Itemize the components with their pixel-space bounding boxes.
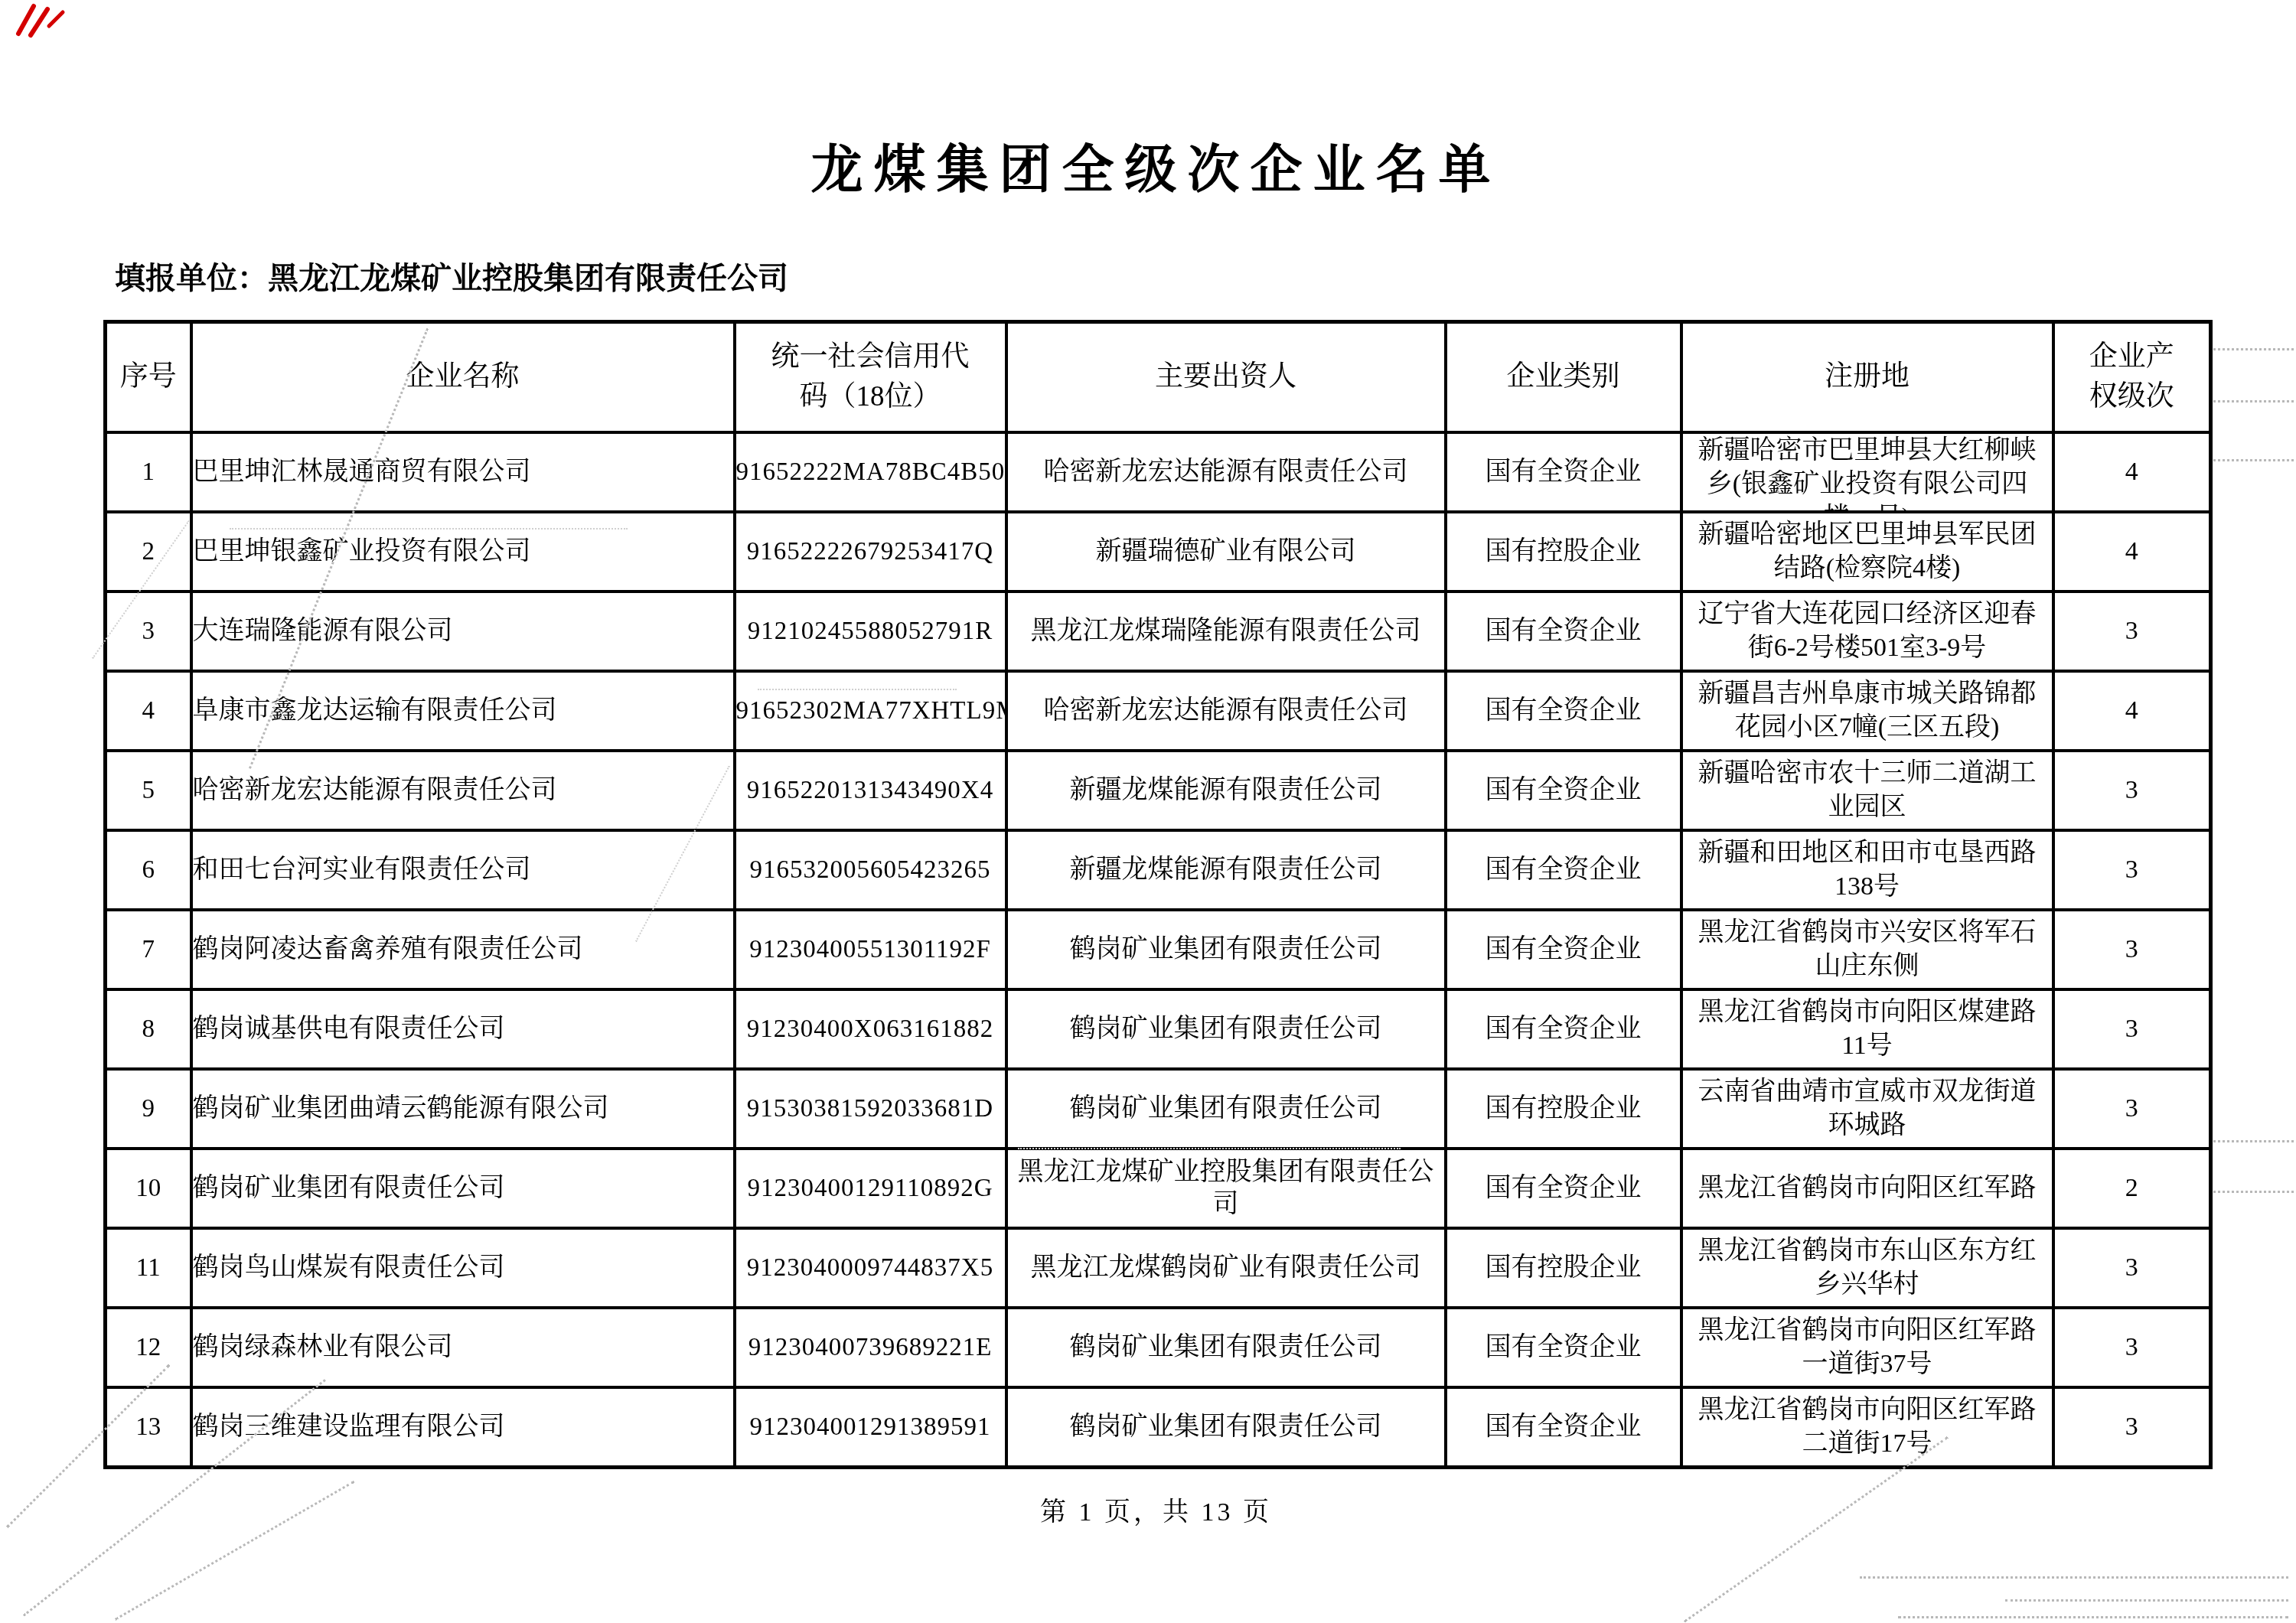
cell-location: 新疆和田地区和田市屯垦西路138号 xyxy=(1681,830,2053,910)
table-row: 13鹤岗三维建设监理有限公司912304001291389591鹤岗矿业集团有限… xyxy=(106,1387,2211,1468)
cell-seq: 10 xyxy=(106,1149,191,1228)
cell-investor: 黑龙江龙煤矿业控股集团有限责任公司 xyxy=(1006,1149,1446,1228)
location-lines: 黑龙江省鹤岗市向阳区煤建路11号 xyxy=(1683,991,2052,1067)
column-header: 统一社会信用代 码（18位） xyxy=(735,322,1006,432)
cell-category: 国有控股企业 xyxy=(1446,512,1681,592)
cell-name: 鹤岗矿业集团曲靖云鹤能源有限公司 xyxy=(191,1069,735,1149)
cell-code: 91652302MA77XHTL9M xyxy=(735,671,1006,751)
column-header: 企业产 权级次 xyxy=(2053,322,2211,432)
cell-investor: 哈密新龙宏达能源有限责任公司 xyxy=(1006,671,1446,751)
cell-seq: 3 xyxy=(106,592,191,671)
scan-artifact-line xyxy=(2213,1191,2294,1193)
table-row: 10鹤岗矿业集团有限责任公司91230400129110892G黑龙江龙煤矿业控… xyxy=(106,1149,2211,1228)
location-lines: 黑龙江省鹤岗市东山区东方红乡兴华村 xyxy=(1683,1230,2052,1306)
cell-category: 国有全资企业 xyxy=(1446,830,1681,910)
table-row: 1巴里坤汇林晟通商贸有限公司91652222MA78BC4B50哈密新龙宏达能源… xyxy=(106,432,2211,512)
location-lines: 黑龙江省鹤岗市向阳区红军路二道街17号 xyxy=(1683,1389,2052,1465)
cell-category: 国有全资企业 xyxy=(1446,989,1681,1069)
table-row: 2巴里坤银鑫矿业投资有限公司91652222679253417Q新疆瑞德矿业有限… xyxy=(106,512,2211,592)
cell-name: 和田七台河实业有限责任公司 xyxy=(191,830,735,910)
location-lines: 新疆哈密市巴里坤县大红柳峡乡(银鑫矿业投资有限公司四楼…号) xyxy=(1683,434,2052,510)
cell-seq: 4 xyxy=(106,671,191,751)
location-lines: 黑龙江省鹤岗市向阳区红军路 xyxy=(1683,1150,2052,1227)
cell-level: 3 xyxy=(2053,1387,2211,1468)
scan-artifact-line xyxy=(2213,459,2294,461)
cell-level: 3 xyxy=(2053,989,2211,1069)
cell-name: 鹤岗鸟山煤炭有限责任公司 xyxy=(191,1228,735,1308)
cell-location: 新疆哈密地区巴里坤县军民团结路(检察院4楼) xyxy=(1681,512,2053,592)
cell-level: 3 xyxy=(2053,1308,2211,1387)
page-title: 龙煤集团全级次企业名单 xyxy=(103,129,2209,203)
cell-level: 4 xyxy=(2053,671,2211,751)
header-row: 序号企业名称统一社会信用代 码（18位）主要出资人企业类别注册地企业产 权级次 xyxy=(106,322,2211,432)
cell-level: 3 xyxy=(2053,910,2211,989)
cell-investor: 新疆瑞德矿业有限公司 xyxy=(1006,512,1446,592)
cell-level: 3 xyxy=(2053,830,2211,910)
cell-code: 91230400129110892G xyxy=(735,1149,1006,1228)
cell-seq: 11 xyxy=(106,1228,191,1308)
cell-category: 国有全资企业 xyxy=(1446,1387,1681,1468)
cell-location: 新疆哈密市巴里坤县大红柳峡乡(银鑫矿业投资有限公司四楼…号) xyxy=(1681,432,2053,512)
cell-investor: 新疆龙煤能源有限责任公司 xyxy=(1006,751,1446,830)
table-row: 4阜康市鑫龙达运输有限责任公司91652302MA77XHTL9M哈密新龙宏达能… xyxy=(106,671,2211,751)
cell-name: 大连瑞隆能源有限公司 xyxy=(191,592,735,671)
cell-location: 云南省曲靖市宣威市双龙街道环城路 xyxy=(1681,1069,2053,1149)
cell-code: 91652222MA78BC4B50 xyxy=(735,432,1006,512)
location-lines: 云南省曲靖市宣威市双龙街道环城路 xyxy=(1683,1071,2052,1147)
cell-investor: 哈密新龙宏达能源有限责任公司 xyxy=(1006,432,1446,512)
cell-level: 3 xyxy=(2053,592,2211,671)
scan-artifact-line xyxy=(2005,1599,2288,1602)
cell-category: 国有全资企业 xyxy=(1446,1308,1681,1387)
cell-code: 91230400551301192F xyxy=(735,910,1006,989)
cell-name: 巴里坤银鑫矿业投资有限公司 xyxy=(191,512,735,592)
column-header: 主要出资人 xyxy=(1006,322,1446,432)
cell-code: 91530381592033681D xyxy=(735,1069,1006,1149)
cell-level: 3 xyxy=(2053,751,2211,830)
table-row: 12鹤岗绿森林业有限公司91230400739689221E鹤岗矿业集团有限责任… xyxy=(106,1308,2211,1387)
scan-artifact-line xyxy=(2213,348,2294,350)
cell-name: 鹤岗矿业集团有限责任公司 xyxy=(191,1149,735,1228)
scan-artifact-line xyxy=(230,528,628,530)
location-lines: 新疆哈密地区巴里坤县军民团结路(检察院4楼) xyxy=(1683,513,2052,590)
cell-seq: 12 xyxy=(106,1308,191,1387)
cell-name: 鹤岗绿森林业有限公司 xyxy=(191,1308,735,1387)
scan-artifact-line xyxy=(1018,1148,1401,1149)
column-header: 注册地 xyxy=(1681,322,2053,432)
scan-artifact-line xyxy=(1898,1616,2288,1618)
company-table: 序号企业名称统一社会信用代 码（18位）主要出资人企业类别注册地企业产 权级次 … xyxy=(103,320,2213,1469)
cell-level: 3 xyxy=(2053,1228,2211,1308)
table-row: 6和田七台河实业有限责任公司916532005605423265新疆龙煤能源有限… xyxy=(106,830,2211,910)
red-pen-mark xyxy=(12,2,67,46)
cell-investor: 黑龙江龙煤瑞隆能源有限责任公司 xyxy=(1006,592,1446,671)
location-lines: 新疆昌吉州阜康市城关路锦都花园小区7幢(三区五段) xyxy=(1683,673,2052,749)
cell-category: 国有全资企业 xyxy=(1446,432,1681,512)
table-row: 9鹤岗矿业集团曲靖云鹤能源有限公司91530381592033681D鹤岗矿业集… xyxy=(106,1069,2211,1149)
cell-investor: 黑龙江龙煤鹤岗矿业有限责任公司 xyxy=(1006,1228,1446,1308)
cell-investor: 新疆龙煤能源有限责任公司 xyxy=(1006,830,1446,910)
cell-seq: 8 xyxy=(106,989,191,1069)
cell-investor: 鹤岗矿业集团有限责任公司 xyxy=(1006,1069,1446,1149)
column-header: 企业名称 xyxy=(191,322,735,432)
column-header: 企业类别 xyxy=(1446,322,1681,432)
cell-level: 2 xyxy=(2053,1149,2211,1228)
cell-investor: 鹤岗矿业集团有限责任公司 xyxy=(1006,1387,1446,1468)
cell-investor: 鹤岗矿业集团有限责任公司 xyxy=(1006,1308,1446,1387)
cell-name: 鹤岗阿凌达畜禽养殖有限责任公司 xyxy=(191,910,735,989)
company-table-container: 序号企业名称统一社会信用代 码（18位）主要出资人企业类别注册地企业产 权级次 … xyxy=(103,320,2213,1469)
document-page: 龙煤集团全级次企业名单 填报单位：黑龙江龙煤矿业控股集团有限责任公司 序号企业名… xyxy=(0,0,2296,1623)
table-row: 8鹤岗诚基供电有限责任公司91230400X063161882鹤岗矿业集团有限责… xyxy=(106,989,2211,1069)
cell-code: 912304001291389591 xyxy=(735,1387,1006,1468)
table-row: 3大连瑞隆能源有限公司91210245588052791R黑龙江龙煤瑞隆能源有限… xyxy=(106,592,2211,671)
cell-code: 91210245588052791R xyxy=(735,592,1006,671)
cell-category: 国有全资企业 xyxy=(1446,910,1681,989)
cell-level: 4 xyxy=(2053,432,2211,512)
cell-investor: 鹤岗矿业集团有限责任公司 xyxy=(1006,989,1446,1069)
cell-name: 哈密新龙宏达能源有限责任公司 xyxy=(191,751,735,830)
location-lines: 新疆哈密市农十三师二道湖工业园区 xyxy=(1683,752,2052,829)
table-row: 7鹤岗阿凌达畜禽养殖有限责任公司91230400551301192F鹤岗矿业集团… xyxy=(106,910,2211,989)
cell-name: 鹤岗诚基供电有限责任公司 xyxy=(191,989,735,1069)
cell-code: 916532005605423265 xyxy=(735,830,1006,910)
cell-name: 鹤岗三维建设监理有限公司 xyxy=(191,1387,735,1468)
cell-level: 3 xyxy=(2053,1069,2211,1149)
cell-seq: 9 xyxy=(106,1069,191,1149)
column-header: 序号 xyxy=(106,322,191,432)
cell-code: 91230400X063161882 xyxy=(735,989,1006,1069)
cell-code: 91230400739689221E xyxy=(735,1308,1006,1387)
cell-code: 9123040009744837X5 xyxy=(735,1228,1006,1308)
cell-seq: 5 xyxy=(106,751,191,830)
scan-artifact-line xyxy=(2213,1140,2294,1142)
table-row: 5哈密新龙宏达能源有限责任公司9165220131343490X4新疆龙煤能源有… xyxy=(106,751,2211,830)
reporting-unit-line: 填报单位：黑龙江龙煤矿业控股集团有限责任公司 xyxy=(115,254,788,298)
cell-location: 新疆昌吉州阜康市城关路锦都花园小区7幢(三区五段) xyxy=(1681,671,2053,751)
scan-artifact-line xyxy=(2213,400,2294,402)
cell-location: 新疆哈密市农十三师二道湖工业园区 xyxy=(1681,751,2053,830)
location-lines: 黑龙江省鹤岗市向阳区红军路一道街37号 xyxy=(1683,1309,2052,1386)
cell-category: 国有控股企业 xyxy=(1446,1069,1681,1149)
table-body: 1巴里坤汇林晟通商贸有限公司91652222MA78BC4B50哈密新龙宏达能源… xyxy=(106,432,2211,1468)
scan-artifact-line xyxy=(1860,1576,2288,1579)
cell-location: 黑龙江省鹤岗市向阳区红军路一道街37号 xyxy=(1681,1308,2053,1387)
cell-category: 国有全资企业 xyxy=(1446,592,1681,671)
scan-artifact-line xyxy=(758,689,957,690)
cell-seq: 7 xyxy=(106,910,191,989)
cell-seq: 1 xyxy=(106,432,191,512)
location-lines: 新疆和田地区和田市屯垦西路138号 xyxy=(1683,832,2052,908)
location-lines: 黑龙江省鹤岗市兴安区将军石山庄东侧 xyxy=(1683,911,2052,988)
cell-location: 黑龙江省鹤岗市兴安区将军石山庄东侧 xyxy=(1681,910,2053,989)
table-row: 11鹤岗鸟山煤炭有限责任公司9123040009744837X5黑龙江龙煤鹤岗矿… xyxy=(106,1228,2211,1308)
cell-investor: 鹤岗矿业集团有限责任公司 xyxy=(1006,910,1446,989)
cell-name: 巴里坤汇林晟通商贸有限公司 xyxy=(191,432,735,512)
cell-category: 国有全资企业 xyxy=(1446,751,1681,830)
cell-location: 黑龙江省鹤岗市向阳区红军路二道街17号 xyxy=(1681,1387,2053,1468)
cell-category: 国有全资企业 xyxy=(1446,671,1681,751)
cell-location: 辽宁省大连花园口经济区迎春街6-2号楼501室3-9号 xyxy=(1681,592,2053,671)
cell-seq: 6 xyxy=(106,830,191,910)
cell-level: 4 xyxy=(2053,512,2211,592)
cell-seq: 13 xyxy=(106,1387,191,1468)
cell-code: 91652222679253417Q xyxy=(735,512,1006,592)
cell-code: 9165220131343490X4 xyxy=(735,751,1006,830)
page-footer: 第 1 页，共 13 页 xyxy=(103,1491,2209,1528)
cell-location: 黑龙江省鹤岗市东山区东方红乡兴华村 xyxy=(1681,1228,2053,1308)
location-lines: 辽宁省大连花园口经济区迎春街6-2号楼501室3-9号 xyxy=(1683,593,2052,670)
cell-category: 国有控股企业 xyxy=(1446,1228,1681,1308)
cell-category: 国有全资企业 xyxy=(1446,1149,1681,1228)
cell-location: 黑龙江省鹤岗市向阳区红军路 xyxy=(1681,1149,2053,1228)
cell-location: 黑龙江省鹤岗市向阳区煤建路11号 xyxy=(1681,989,2053,1069)
